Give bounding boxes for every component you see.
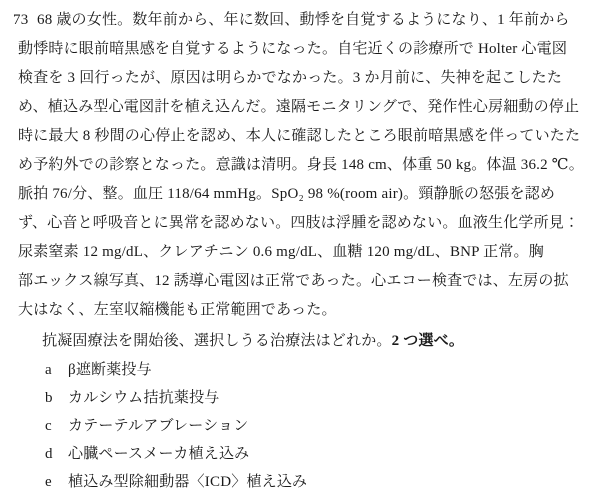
question-number: 73 (13, 6, 37, 35)
exam-question-page: 7368 歳の女性。数年前から、年に数回、動悸を自覚するようになり、1 年前から… (0, 0, 589, 504)
choice-text: カルシウム拮抗薬投与 (68, 390, 219, 406)
prompt-text: 抗凝固療法を開始後、選択しうる治療法はどれか。 (42, 333, 392, 349)
body-line: 尿素窒素 12 mg/dL、クレアチニン 0.6 mg/dL、血糖 120 mg… (18, 238, 589, 267)
body-line: 時に最大 8 秒間の心停止を認め、本人に確認したところ眼前暗黒感を伴っていたた (18, 122, 589, 151)
choice-c: cカテーテルアブレーション (45, 412, 589, 440)
question-body: 7368 歳の女性。数年前から、年に数回、動悸を自覚するようになり、1 年前から… (0, 6, 589, 325)
choice-letter: d (45, 440, 68, 468)
prompt-emphasis: 2 つ選べ。 (392, 333, 464, 349)
choice-text: 植込み型除細動器〈ICD〉植え込み (68, 474, 307, 490)
body-line: 動悸時に眼前暗黒感を自覚するようになった。自宅近くの診療所で Holter 心電… (18, 35, 589, 64)
choice-d: d心臓ペースメーカ植え込み (45, 440, 589, 468)
choice-b: bカルシウム拮抗薬投与 (45, 384, 589, 412)
body-line: 7368 歳の女性。数年前から、年に数回、動悸を自覚するようになり、1 年前から (13, 6, 589, 35)
body-line-text: 68 歳の女性。数年前から、年に数回、動悸を自覚するようになり、1 年前から (37, 12, 570, 28)
body-line: 脈拍 76/分、整。血圧 118/64 mmHg。SpO₂ 98 %(room … (18, 180, 589, 209)
body-line: 大はなく、左室収縮機能も正常範囲であった。 (18, 296, 589, 325)
choice-letter: c (45, 412, 68, 440)
choice-letter: b (45, 384, 68, 412)
choice-text: 心臓ペースメーカ植え込み (68, 446, 249, 462)
choice-text: カテーテルアブレーション (68, 418, 248, 434)
body-line: ず、心音と呼吸音とに異常を認めない。四肢は浮腫を認めない。血液生化学所見： (18, 209, 589, 238)
body-line: め予約外での診察となった。意識は清明。身長 148 cm、体重 50 kg。体温… (18, 151, 589, 180)
choice-a: aβ遮断薬投与 (45, 356, 589, 384)
body-line: 検査を 3 回行ったが、原因は明らかでなかった。3 か月前に、失神を起こしたた (18, 64, 589, 93)
body-line: め、植込み型心電図計を植え込んだ。遠隔モニタリングで、発作性心房細動の停止 (18, 93, 589, 122)
choice-text: β遮断薬投与 (68, 362, 152, 378)
body-line: 部エックス線写真、12 誘導心電図は正常であった。心エコー検査では、左房の拡 (18, 267, 589, 296)
question-prompt: 抗凝固療法を開始後、選択しうる治療法はどれか。2 つ選べ。 (42, 327, 589, 356)
choice-list: aβ遮断薬投与 bカルシウム拮抗薬投与 cカテーテルアブレーション d心臓ペース… (0, 356, 589, 496)
choice-letter: e (45, 468, 68, 496)
choice-e: e植込み型除細動器〈ICD〉植え込み (45, 468, 589, 496)
choice-letter: a (45, 356, 68, 384)
